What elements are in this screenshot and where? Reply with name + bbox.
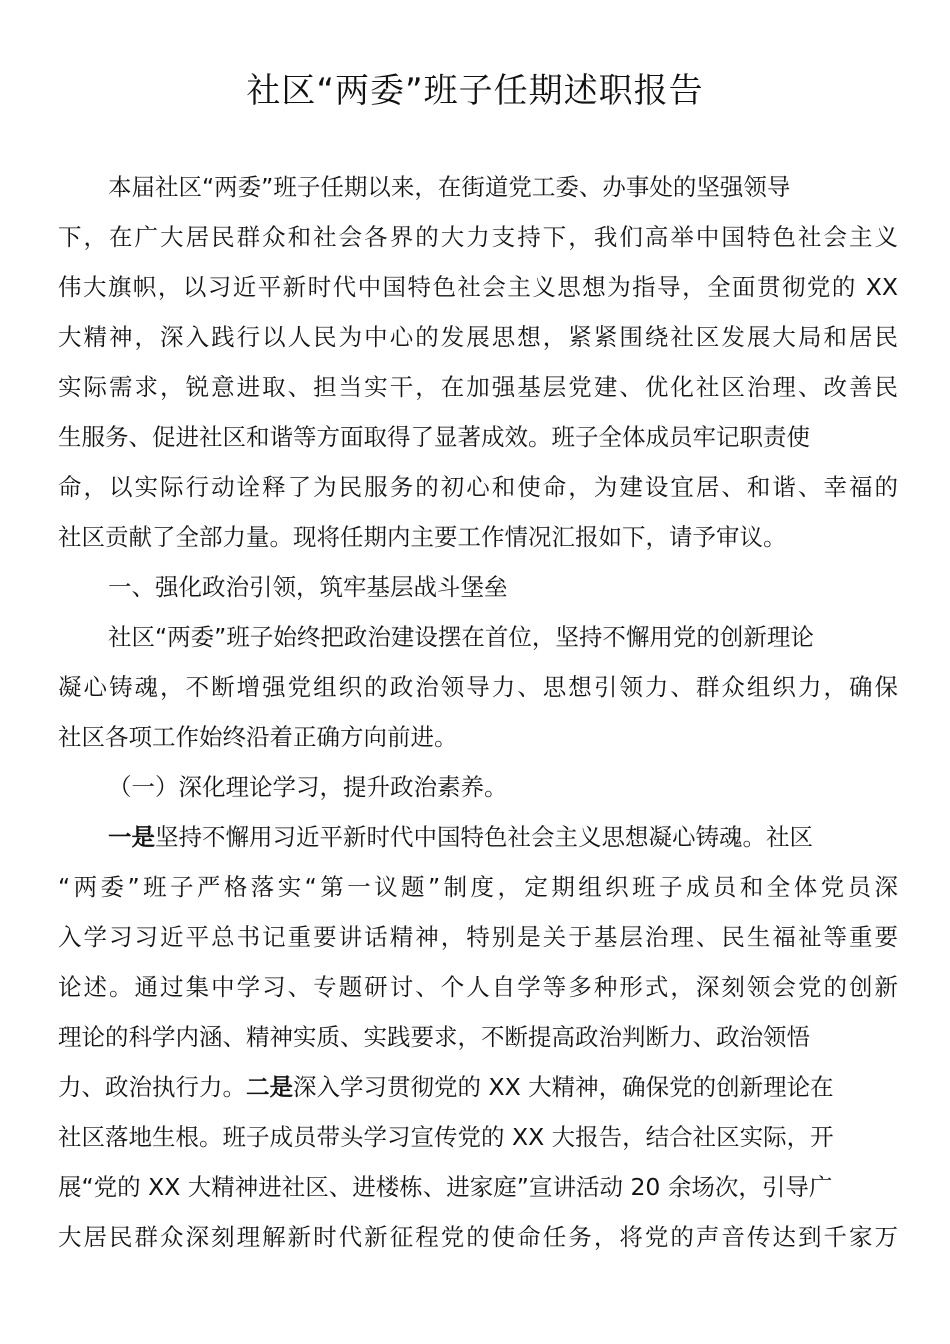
paragraph-line: 论述。通过集中学习、专题研讨、个人自学等多种形式，深刻领会党的创新	[58, 972, 898, 1002]
point-label-two: 二是	[246, 1073, 293, 1101]
paragraph-line: 下，在广大居民群众和社会各界的大力支持下，我们高举中国特色社会主义	[58, 222, 898, 252]
paragraph-line: 本届社区“两委”班子任期以来，在街道党工委、办事处的坚强领导	[108, 172, 948, 202]
point-text: 深入学习贯彻党的 XX 大精神，确保党的创新理论在	[293, 1073, 834, 1101]
paragraph-line: 社区各项工作始终沿着正确方向前进。	[58, 722, 898, 752]
paragraph-line: 理论的科学内涵、精神实质、实践要求，不断提高政治判断力、政治领悟	[58, 1022, 898, 1052]
document-page: 社区“两委”班子任期述职报告 本届社区“两委”班子任期以来，在街道党工委、办事处…	[0, 0, 950, 1344]
paragraph-line: 一是坚持不懈用习近平新时代中国特色社会主义思想凝心铸魂。社区	[108, 822, 948, 852]
subsection-heading: （一）深化理论学习，提升政治素养。	[108, 772, 948, 802]
paragraph-line: 社区贡献了全部力量。现将任期内主要工作情况汇报如下，请予审议。	[58, 522, 898, 552]
paragraph-line: 社区落地生根。班子成员带头学习宣传党的 XX 大报告，结合社区实际，开	[58, 1122, 898, 1152]
paragraph-line: 大居民群众深刻理解新时代新征程党的使命任务，将党的声音传达到千家万	[58, 1222, 898, 1252]
paragraph-line: “两委”班子严格落实“第一议题”制度，定期组织班子成员和全体党员深	[58, 872, 898, 902]
paragraph-line: 生服务、促进社区和谐等方面取得了显著成效。班子全体成员牢记职责使	[58, 422, 898, 452]
paragraph-line: 力、政治执行力。二是深入学习贯彻党的 XX 大精神，确保党的创新理论在	[58, 1072, 898, 1102]
point-text: 力、政治执行力。	[58, 1073, 246, 1101]
section-heading: 一、强化政治引领，筑牢基层战斗堡垒	[108, 572, 948, 602]
paragraph-line: 展“党的 XX 大精神进社区、进楼栋、进家庭”宣讲活动 20 余场次，引导广	[58, 1172, 898, 1202]
paragraph-line: 伟大旗帜，以习近平新时代中国特色社会主义思想为指导，全面贯彻党的 XX	[58, 272, 898, 302]
paragraph-line: 命，以实际行动诠释了为民服务的初心和使命，为建设宜居、和谐、幸福的	[58, 472, 898, 502]
paragraph-line: 凝心铸魂，不断增强党组织的政治领导力、思想引领力、群众组织力，确保	[58, 672, 898, 702]
paragraph-line: 实际需求，锐意进取、担当实干，在加强基层党建、优化社区治理、改善民	[58, 372, 898, 402]
paragraph-line: 入学习习近平总书记重要讲话精神，特别是关于基层治理、民生福祉等重要	[58, 922, 898, 952]
paragraph-line: 大精神，深入践行以人民为中心的发展思想，紧紧围绕社区发展大局和居民	[58, 322, 898, 352]
point-label-one: 一是	[108, 823, 155, 851]
document-title: 社区“两委”班子任期述职报告	[0, 66, 950, 116]
point-text: 坚持不懈用习近平新时代中国特色社会主义思想凝心铸魂。社区	[155, 823, 813, 851]
paragraph-line: 社区“两委”班子始终把政治建设摆在首位，坚持不懈用党的创新理论	[108, 622, 948, 652]
